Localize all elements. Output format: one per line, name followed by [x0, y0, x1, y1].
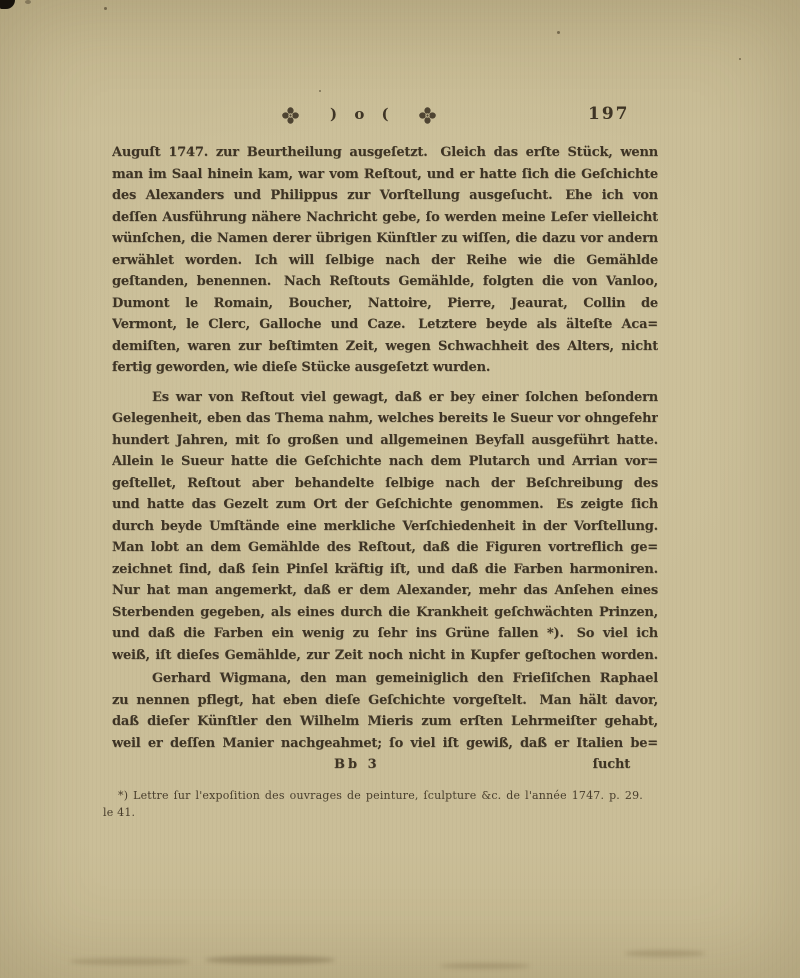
text-line: und hatte das Gezelt zum Ort der Geſchic… — [112, 494, 658, 516]
text-line: Man lobt an dem Gemählde des Reſtout, da… — [112, 537, 658, 559]
footnote: *) Lettre ſur l'expoſition des ouvrages … — [103, 787, 643, 821]
catchword: ſucht — [593, 754, 630, 776]
paper-smudge — [205, 956, 335, 964]
running-head: ) o ( 197 — [0, 103, 800, 131]
paper-smudge — [70, 958, 190, 965]
text-line: weil er deſſen Manier nachgeahmet; ſo vi… — [112, 733, 658, 755]
paper-smudge — [625, 950, 705, 957]
footnote-line: *) Lettre ſur l'expoſition des ouvrages … — [103, 787, 643, 804]
text-line: man im Saal hinein kam, war vom Reſtout,… — [112, 164, 658, 186]
text-line: zu nennen pflegt, hat eben dieſe Geſchic… — [112, 690, 658, 712]
text-line: Es war von Reſtout viel gewagt, daß er b… — [112, 387, 658, 409]
text-column: Auguſt 1747. zur Beurtheilung ausgeſetzt… — [112, 142, 658, 821]
text-line: geſtanden, benennen. Nach Reſtouts Gemäh… — [112, 271, 658, 293]
text-line: zeichnet ſind, daß ſein Pinſel kräftig i… — [112, 559, 658, 581]
text-line: fertig geworden, wie dieſe Stücke ausgeſ… — [112, 357, 658, 379]
text-line: daß dieſer Künſtler den Wilhelm Mieris z… — [112, 711, 658, 733]
text-line: des Alexanders und Philippus zur Vorſtel… — [112, 185, 658, 207]
text-line: Nur hat man angemerkt, daß er dem Alexan… — [112, 580, 658, 602]
text-line: hundert Jahren, mit ſo großen und allgem… — [112, 430, 658, 452]
paragraph: Auguſt 1747. zur Beurtheilung ausgeſetzt… — [112, 142, 658, 379]
paper-speck — [25, 0, 31, 4]
book-page-scan: ) o ( 197 Auguſt 1747. zur Beurtheilung … — [0, 0, 800, 978]
scan-corner-artifact — [0, 0, 15, 9]
text-line: durch beyde Umſtände eine merkliche Verſ… — [112, 516, 658, 538]
fleuron-icon — [419, 107, 436, 124]
text-line: erwählet worden. Ich will ſelbige nach d… — [112, 250, 658, 272]
signature-line: Bb 3 ſucht — [112, 754, 658, 776]
text-line: Allein le Sueur hatte die Geſchichte nac… — [112, 451, 658, 473]
text-line: deſſen Ausführung nähere Nachricht gebe,… — [112, 207, 658, 229]
paragraph: Gerhard Wigmana, den man gemeiniglich de… — [112, 668, 658, 754]
paper-speck — [104, 7, 107, 10]
signature-mark: Bb 3 — [334, 754, 380, 776]
header-divider: ) o ( — [330, 105, 395, 123]
paragraph: Es war von Reſtout viel gewagt, daß er b… — [112, 387, 658, 667]
text-line: geſtellet, Reſtout aber behandelte ſelbi… — [112, 473, 658, 495]
text-line: Vermont, le Clerc, Galloche und Caze. Le… — [112, 314, 658, 336]
paper-speck — [557, 31, 560, 34]
paper-smudge — [440, 963, 530, 969]
fleuron-icon — [282, 107, 299, 124]
text-line: demiſten, waren zur beſtimten Zeit, wege… — [112, 336, 658, 358]
text-line: Auguſt 1747. zur Beurtheilung ausgeſetzt… — [112, 142, 658, 164]
text-line: Gelegenheit, eben das Thema nahm, welche… — [112, 408, 658, 430]
text-line: Sterbenden gegeben, als eines durch die … — [112, 602, 658, 624]
text-line: und daß die Farben ein wenig zu ſehr ins… — [112, 623, 658, 645]
paper-speck — [319, 90, 321, 92]
page-number: 197 — [588, 104, 630, 124]
text-line: Dumont le Romain, Boucher, Nattoire, Pie… — [112, 293, 658, 315]
text-line: wünſchen, die Namen derer übrigen Künſtl… — [112, 228, 658, 250]
footnote-line: le 41. — [103, 804, 643, 821]
text-line: Gerhard Wigmana, den man gemeiniglich de… — [112, 668, 658, 690]
text-line: weiß, iſt dieſes Gemählde, zur Zeit noch… — [112, 645, 658, 667]
paper-speck — [739, 58, 741, 60]
